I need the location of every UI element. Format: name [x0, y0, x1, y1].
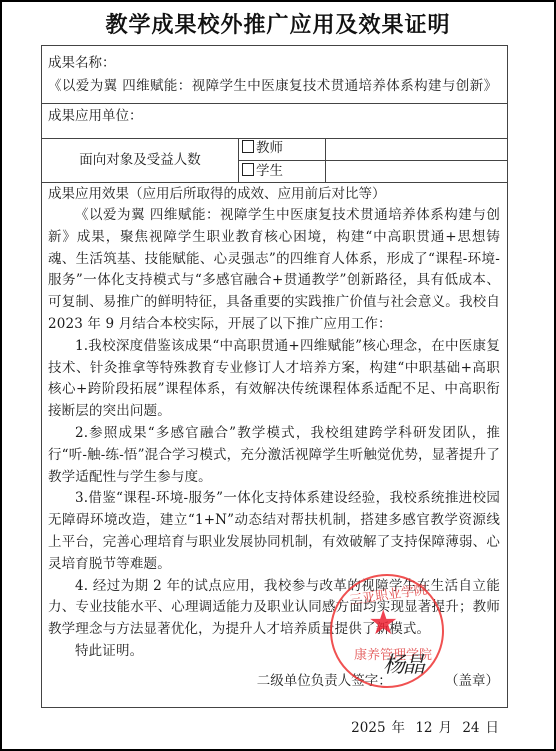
effect-paragraph-3: 3.借鉴“课程-环境-服务”一体化支持体系建设经验，我校系统推进校园无障碍环境改…	[48, 488, 500, 575]
teacher-count-field[interactable]	[326, 138, 507, 161]
effect-heading: 成果应用效果（应用后所取得的成效、应用前后对比等）	[48, 184, 386, 204]
achievement-name-label: 成果名称：	[48, 52, 116, 74]
audience-label: 面向对象及受益人数	[42, 138, 239, 182]
effect-paragraph-2: 2.参照成果“多感官融合”教学模式，我校组建跨学科研发团队，推行“听-触-练-悟…	[48, 423, 500, 488]
star-icon: ★	[368, 606, 398, 640]
checkbox-student[interactable]	[242, 163, 254, 176]
applying-unit-row: 成果应用单位：	[42, 103, 507, 139]
seal-note: （盖章）	[452, 673, 499, 689]
applying-unit-label: 成果应用单位：	[48, 105, 143, 127]
audience-row: 面向对象及受益人数 教师 学生	[42, 138, 507, 183]
document-title: 教学成果校外推广应用及效果证明	[0, 8, 556, 39]
effect-paragraph-1: 1.我校深度借鉴该成果“中高职贯通+四维赋能”核心理念，在中医康复技术、针灸推拿…	[48, 336, 500, 423]
audience-counts	[326, 138, 507, 182]
handwritten-signature: 杨晶	[383, 648, 423, 679]
achievement-name-row: 成果名称： 《以爱为翼 四维赋能：视障学生中医康复技术贯通培养体系构建与创新》	[42, 46, 507, 104]
audience-option-teacher[interactable]: 教师	[239, 138, 325, 161]
date-day: 24	[462, 720, 479, 736]
student-count-field[interactable]	[326, 161, 507, 183]
audience-options: 教师 学生	[239, 138, 326, 182]
audience-option-student[interactable]: 学生	[239, 161, 325, 183]
effect-paragraph-intro: 《以爱为翼 四维赋能：视障学生中医康复技术贯通培养体系构建与创新》成果，聚焦视障…	[48, 205, 500, 336]
date-line: 2025年 12月 24日	[345, 716, 499, 736]
student-label: 学生	[256, 163, 283, 179]
date-month: 12	[415, 720, 432, 736]
date-year: 2025	[351, 720, 385, 736]
achievement-name-value: 《以爱为翼 四维赋能：视障学生中医康复技术贯通培养体系构建与创新》	[48, 75, 498, 97]
teacher-label: 教师	[256, 140, 283, 156]
checkbox-teacher[interactable]	[242, 140, 254, 153]
